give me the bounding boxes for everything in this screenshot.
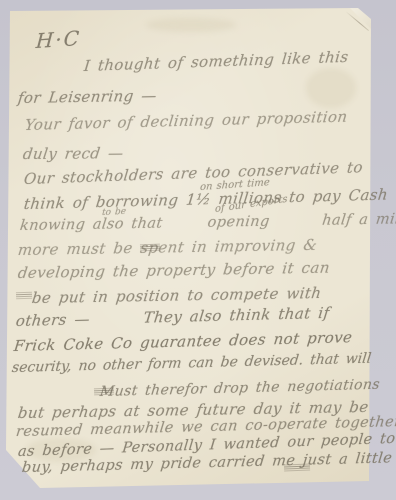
interlinear-insertion: to be (102, 207, 127, 218)
paper-stain (146, 18, 236, 32)
handwritten-line: duly recd — (22, 144, 125, 163)
paper-stain (306, 68, 356, 108)
photograph-of-letter: H·C I thought of something like this for… (0, 0, 396, 500)
monogram: H·C (35, 26, 82, 53)
handwritten-line: for Leisenring — (17, 87, 158, 107)
